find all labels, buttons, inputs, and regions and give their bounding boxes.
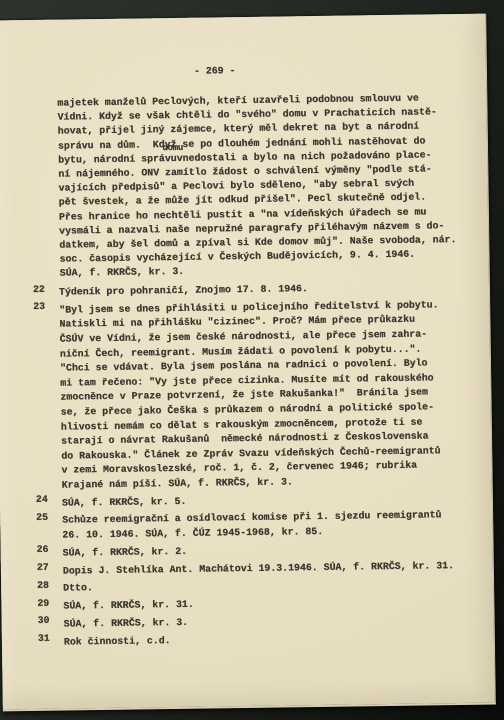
footnote-item-23: 23 "Byl jsem se dnes přihlásiti u police… xyxy=(33,298,476,494)
footnote-item-24: 24 SÚA, f. RKRČS, kr. 5. xyxy=(36,490,476,511)
footnote-item-28: 28 Dtto. xyxy=(37,576,477,597)
footnote-line: SÚA, f. RKRČS, kr. 3. xyxy=(64,612,478,632)
footnote-number: 28 xyxy=(37,579,49,594)
text-segment: bytu, národní správu xyxy=(58,153,177,166)
footnote-item-27: 27 Dopis J. Stehlíka Ant. Machátovi 19.3… xyxy=(37,558,477,579)
footnote-item-30: 30 SÚA, f. RKRČS, kr. 3. xyxy=(38,612,478,633)
footnote-number: 29 xyxy=(37,596,49,611)
body-text-block: majetek manželů Peclových, kteří uzavřel… xyxy=(57,91,457,281)
footnote-item-31: 31 Rok činnosti, c.d. xyxy=(38,630,478,651)
footnote-number: 25 xyxy=(36,511,48,526)
footnote-number: 26 xyxy=(37,543,49,558)
footnote-number: 27 xyxy=(37,561,49,576)
footnote-item-22: 22 Týdeník pro pohraničí, Znojmo 17. 8. … xyxy=(33,280,473,301)
insertion-caret: domuv xyxy=(177,153,183,164)
inserted-word-annotation: domu xyxy=(162,141,183,155)
footnote-item-26: 26 SÚA, f. RKRČS, kr. 2. xyxy=(37,541,477,562)
footnote-item-25: 25 Schůze reemigrační a osídlovací komis… xyxy=(36,508,476,543)
footnote-number: 30 xyxy=(37,614,49,629)
page-number: - 269 - xyxy=(194,65,236,77)
footnote-line: Týdeník pro pohraničí, Znojmo 17. 8. 194… xyxy=(59,280,473,300)
footnote-line: SÚA, f. RKRČS, kr. 2. xyxy=(63,541,477,561)
footnote-item-29: 29 SÚA, f. RKRČS, kr. 31. xyxy=(37,594,477,615)
text-segment: nedostali a bylo na nich požadováno plac… xyxy=(183,149,432,163)
scan-background: - 269 - majetek manželů Peclových, kteří… xyxy=(0,0,504,720)
footnote-line: SÚA, f. RKRČS, kr. 5. xyxy=(62,490,476,510)
footnote-number: 31 xyxy=(38,632,50,647)
footnote-line: SÚA, f. RKRČS, kr. 31. xyxy=(63,594,477,614)
footnote-line: Rok činnosti, c.d. xyxy=(64,630,478,650)
footnotes-block: 22 Týdeník pro pohraničí, Znojmo 17. 8. … xyxy=(33,280,478,654)
footnote-number: 22 xyxy=(33,282,45,297)
footnote-line: Dopis J. Stehlíka Ant. Machátovi 19.3.19… xyxy=(63,558,477,578)
footnote-number: 23 xyxy=(33,300,45,315)
scanned-page: - 269 - majetek manželů Peclových, kteří… xyxy=(0,14,496,712)
footnote-number: 24 xyxy=(36,493,48,508)
footnote-line: Dtto. xyxy=(63,576,477,596)
